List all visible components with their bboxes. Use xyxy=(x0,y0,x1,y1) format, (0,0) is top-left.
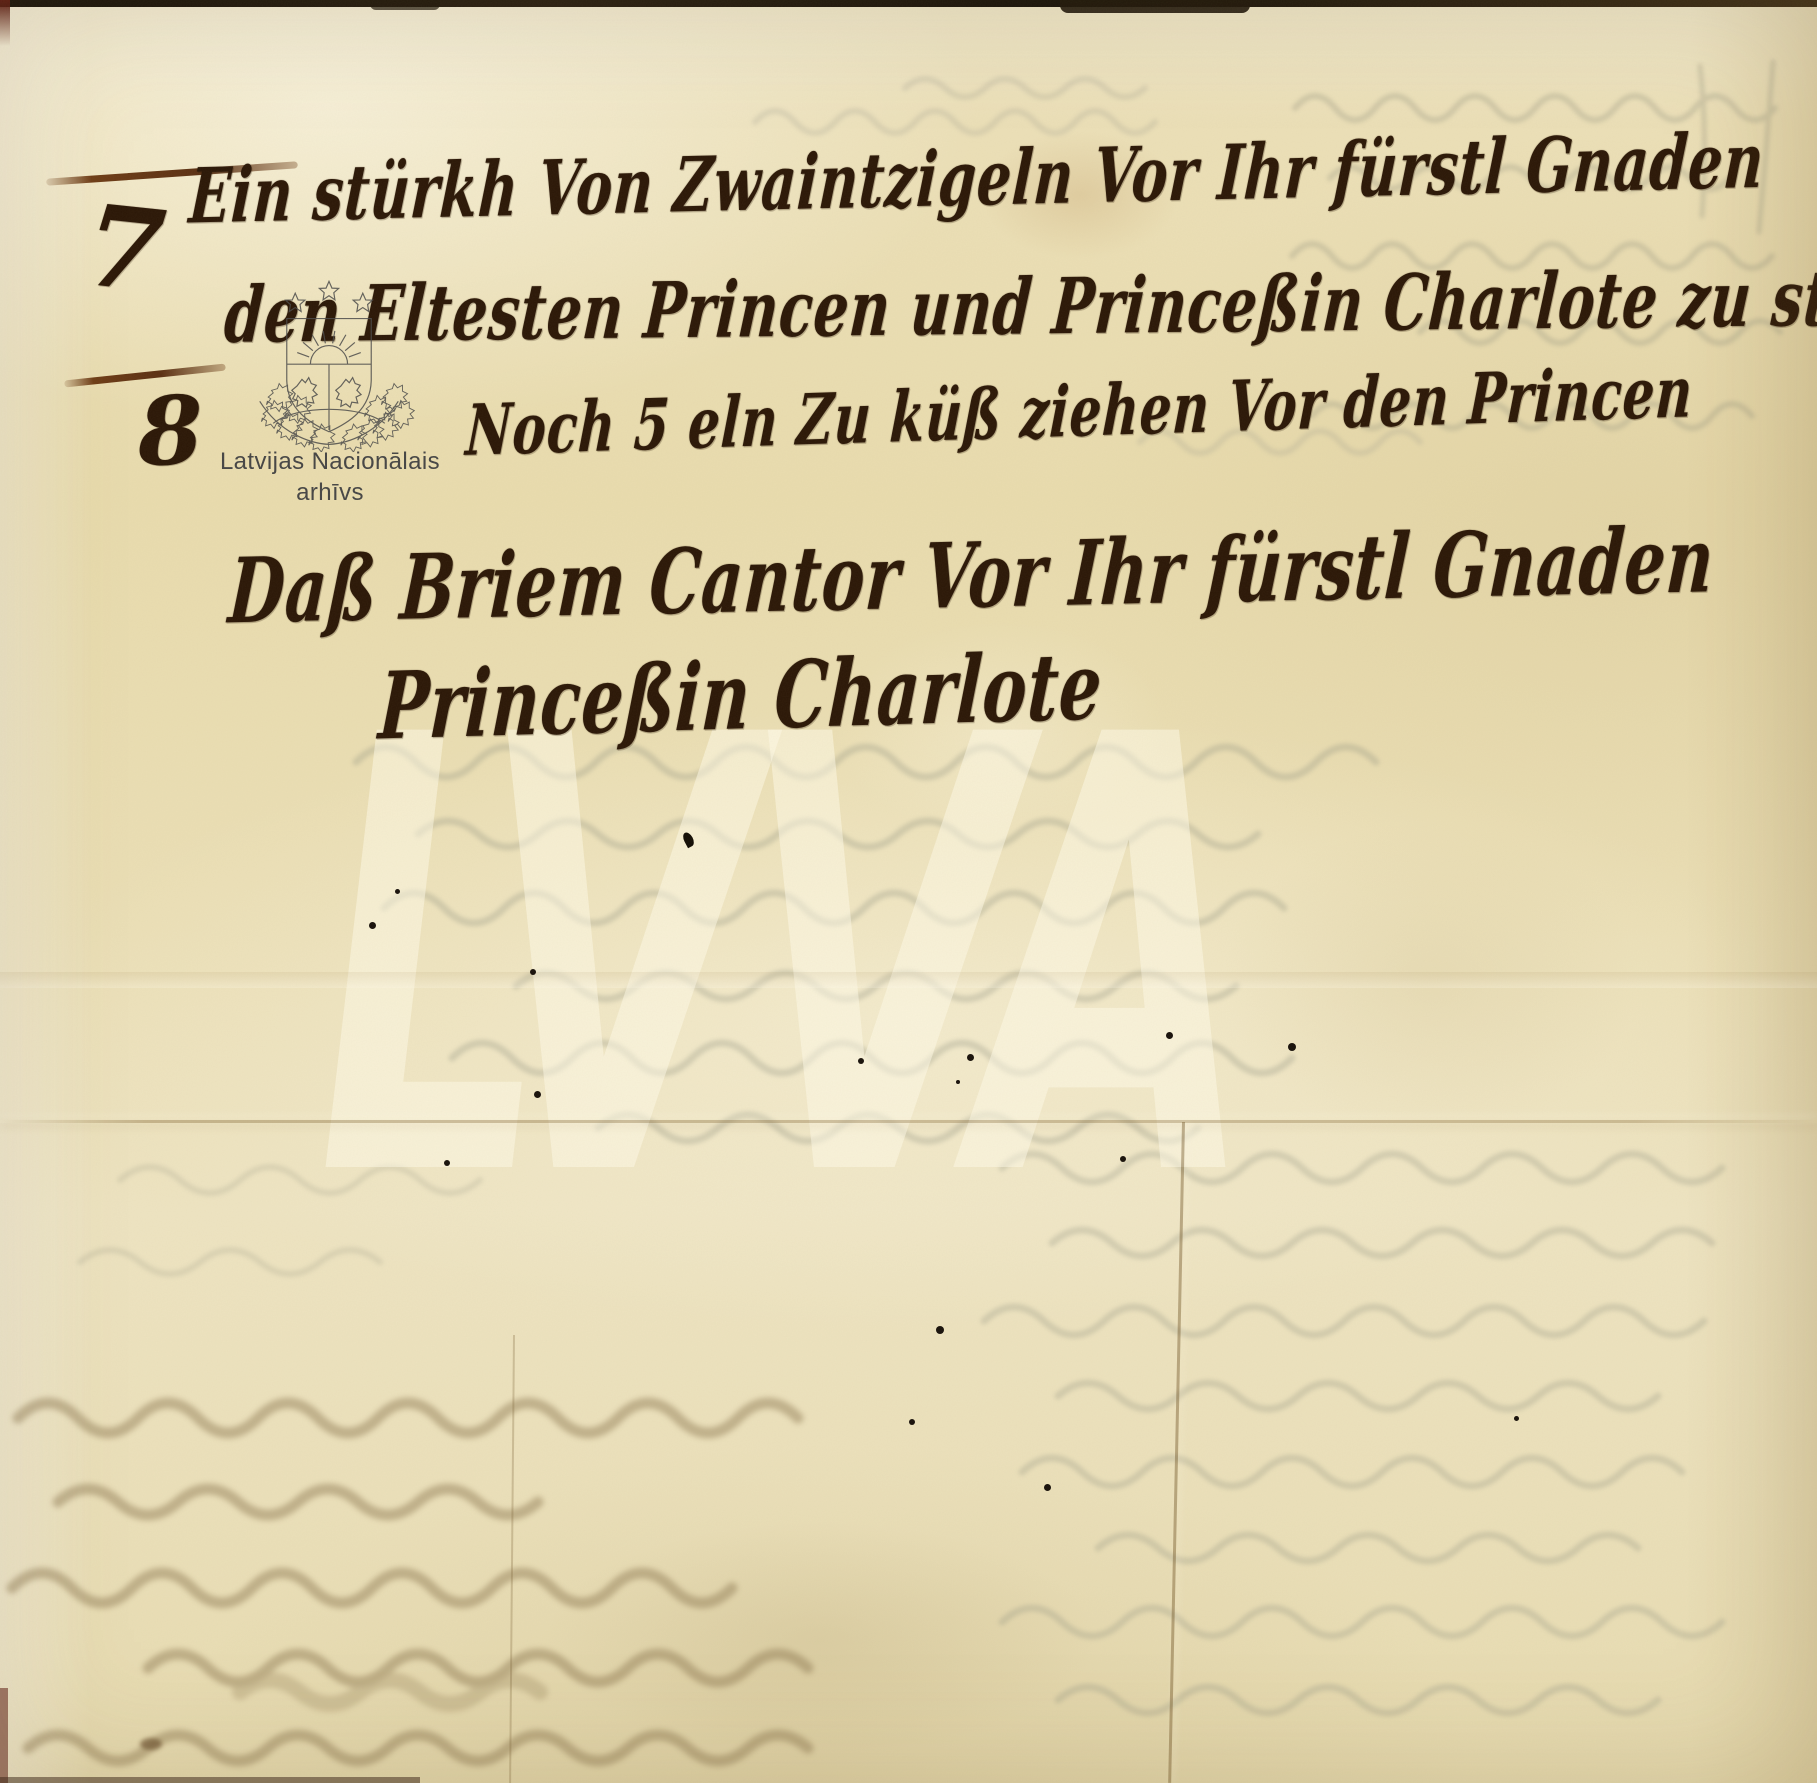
scan-vignette xyxy=(0,0,1817,1783)
manuscript-scan: LVVA 7 8 Ein stürkh Von Zwaintzigeln Vor… xyxy=(0,0,1817,1783)
